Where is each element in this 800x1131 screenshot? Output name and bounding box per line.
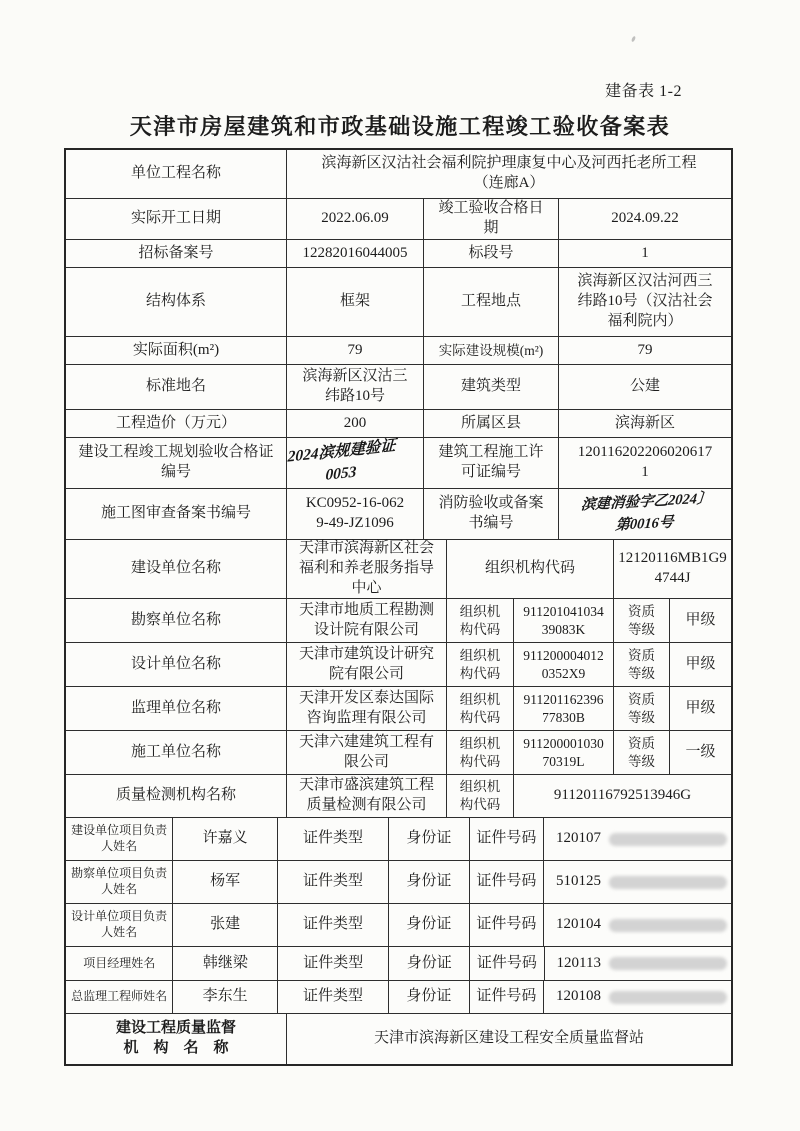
- row-survey-unit: 勘察单位名称 天津市地质工程勘测 设计院有限公司 组织机 构代码 9112010…: [66, 598, 731, 642]
- survey-org-code-value: 911201041034 39083K: [513, 599, 613, 642]
- project-location-value: 滨海新区汉沽河西三 纬路10号（汉沽社会 福利院内）: [558, 268, 731, 336]
- page-title: 天津市房屋建筑和市政基础设施工程竣工验收备案表: [0, 110, 800, 141]
- project-cost-label: 工程造价（万元）: [66, 410, 286, 437]
- owner-cert-type-value: 身份证: [388, 818, 469, 860]
- survey-unit-value: 天津市地质工程勘测 设计院有限公司: [286, 599, 446, 642]
- row-project-manager: 项目经理姓名 韩继梁 证件类型 身份证 证件号码 120113: [66, 946, 731, 980]
- unit-project-name-label: 单位工程名称: [66, 150, 286, 198]
- testing-org-code-value: 91120116792513946G: [513, 775, 731, 817]
- survey-unit-label: 勘察单位名称: [66, 599, 286, 642]
- owner-unit-label: 建设单位名称: [66, 540, 286, 598]
- start-date-label: 实际开工日期: [66, 199, 286, 239]
- build-scale-label: 实际建设规模(m²): [423, 337, 558, 364]
- row-quality-supervision-agency: 建设工程质量监督 机 构 名 称 天津市滨海新区建设工程安全质量监督站: [66, 1013, 731, 1064]
- drawing-review-value: KC0952-16-062 9-49-JZ1096: [286, 489, 423, 539]
- planning-cert-handwriting: 2024滨规建验证 0053: [286, 435, 396, 492]
- owner-manager-label: 建设单位项目负责 人姓名: [66, 818, 172, 860]
- row-cost: 工程造价（万元） 200 所属区县 滨海新区: [66, 409, 731, 437]
- actual-area-label: 实际面积(m²): [66, 337, 286, 364]
- design-manager-name: 张建: [172, 904, 277, 946]
- row-testing-agency: 质量检测机构名称 天津市盛滨建筑工程 质量检测有限公司 组织机 构代码 9112…: [66, 774, 731, 817]
- fire-acceptance-label: 消防验收或备案 书编号: [423, 489, 558, 539]
- owner-cert-no-value: 120107: [556, 829, 601, 849]
- bid-section-label: 标段号: [423, 240, 558, 267]
- scan-speck: [631, 36, 636, 43]
- survey-cert-type-label: 证件类型: [277, 861, 388, 903]
- supervision-org-code-value: 911201162396 77830B: [513, 687, 613, 730]
- row-survey-manager: 勘察单位项目负责 人姓名 杨军 证件类型 身份证 证件号码 510125: [66, 860, 731, 903]
- row-design-manager: 设计单位项目负责 人姓名 张建 证件类型 身份证 证件号码 120104: [66, 903, 731, 946]
- survey-cert-no-label: 证件号码: [469, 861, 543, 903]
- contractor-org-code-value: 911200001030 70319L: [513, 731, 613, 774]
- supervision-grade-value: 甲级: [669, 687, 731, 730]
- survey-cert-type-value: 身份证: [388, 861, 469, 903]
- cs-cert-no-label: 证件号码: [469, 981, 543, 1013]
- planning-cert-label: 建设工程竣工规划验收合格证 编号: [66, 438, 286, 488]
- design-org-code-label: 组织机 构代码: [446, 643, 513, 686]
- document-page: 建备表 1-2 天津市房屋建筑和市政基础设施工程竣工验收备案表 单位工程名称 滨…: [0, 0, 800, 1131]
- owner-unit-value: 天津市滨海新区社会 福利和养老服务指导 中心: [286, 540, 446, 598]
- pm-cert-no-value: 120113: [557, 954, 601, 974]
- standard-place-label: 标准地名: [66, 365, 286, 409]
- construction-permit-label: 建筑工程施工许 可证编号: [423, 438, 558, 488]
- bid-record-value: 12282016044005: [286, 240, 423, 267]
- cs-cert-no-value: 120108: [556, 987, 601, 1007]
- supervision-unit-label: 监理单位名称: [66, 687, 286, 730]
- contractor-unit-label: 施工单位名称: [66, 731, 286, 774]
- survey-org-code-label: 组织机 构代码: [446, 599, 513, 642]
- design-cert-type-value: 身份证: [388, 904, 469, 946]
- building-type-value: 公建: [558, 365, 731, 409]
- structure-system-label: 结构体系: [66, 268, 286, 336]
- chief-supervisor-name: 李东生: [172, 981, 277, 1013]
- redaction-blur: [609, 919, 727, 932]
- filing-table: 单位工程名称 滨海新区汉沽社会福利院护理康复中心及河西托老所工程 （连廊A） 实…: [64, 148, 733, 1066]
- district-value: 滨海新区: [558, 410, 731, 437]
- survey-manager-label: 勘察单位项目负责 人姓名: [66, 861, 172, 903]
- design-org-code-value: 911200004012 0352X9: [513, 643, 613, 686]
- quality-agency-value: 天津市滨海新区建设工程安全质量监督站: [286, 1014, 731, 1064]
- design-cert-type-label: 证件类型: [277, 904, 388, 946]
- chief-supervisor-label: 总监理工程师姓名: [66, 981, 172, 1013]
- row-structure-location: 结构体系 框架 工程地点 滨海新区汉沽河西三 纬路10号（汉沽社会 福利院内）: [66, 267, 731, 336]
- supervision-org-code-label: 组织机 构代码: [446, 687, 513, 730]
- acceptance-date-label: 竣工验收合格日 期: [423, 199, 558, 239]
- row-standard-place: 标准地名 滨海新区汉沽三 纬路10号 建筑类型 公建: [66, 364, 731, 409]
- testing-agency-value: 天津市盛滨建筑工程 质量检测有限公司: [286, 775, 446, 817]
- project-location-label: 工程地点: [423, 268, 558, 336]
- pm-cert-type-value: 身份证: [388, 947, 469, 980]
- supervision-unit-value: 天津开发区泰达国际 咨询监理有限公司: [286, 687, 446, 730]
- acceptance-date-value: 2024.09.22: [558, 199, 731, 239]
- redaction-blur: [609, 833, 727, 846]
- row-contractor-unit: 施工单位名称 天津六建建筑工程有 限公司 组织机 构代码 91120000103…: [66, 730, 731, 774]
- cs-cert-type-value: 身份证: [388, 981, 469, 1013]
- form-code: 建备表 1-2: [605, 78, 682, 101]
- standard-place-value: 滨海新区汉沽三 纬路10号: [286, 365, 423, 409]
- design-grade-label: 资质 等级: [613, 643, 669, 686]
- project-cost-value: 200: [286, 410, 423, 437]
- owner-cert-type-label: 证件类型: [277, 818, 388, 860]
- cs-cert-type-label: 证件类型: [277, 981, 388, 1013]
- building-type-label: 建筑类型: [423, 365, 558, 409]
- fire-acceptance-handwriting: 滨建消验字乙2024〕 第0016号: [578, 489, 712, 540]
- pm-cert-type-label: 证件类型: [277, 947, 388, 980]
- survey-grade-label: 资质 等级: [613, 599, 669, 642]
- supervision-grade-label: 资质 等级: [613, 687, 669, 730]
- owner-org-code-label: 组织机构代码: [446, 540, 613, 598]
- design-grade-value: 甲级: [669, 643, 731, 686]
- actual-area-value: 79: [286, 337, 423, 364]
- row-area: 实际面积(m²) 79 实际建设规模(m²) 79: [66, 336, 731, 364]
- quality-agency-label: 建设工程质量监督 机 构 名 称: [66, 1014, 286, 1064]
- redaction-blur: [609, 876, 727, 889]
- row-owner-unit: 建设单位名称 天津市滨海新区社会 福利和养老服务指导 中心 组织机构代码 121…: [66, 539, 731, 598]
- owner-manager-name: 许嘉义: [172, 818, 277, 860]
- owner-org-code-value: 12120116MB1G9 4744J: [613, 540, 731, 598]
- testing-org-code-label: 组织机 构代码: [446, 775, 513, 817]
- start-date-value: 2022.06.09: [286, 199, 423, 239]
- design-unit-value: 天津市建筑设计研究 院有限公司: [286, 643, 446, 686]
- row-owner-manager: 建设单位项目负责 人姓名 许嘉义 证件类型 身份证 证件号码 120107: [66, 817, 731, 860]
- survey-manager-name: 杨军: [172, 861, 277, 903]
- design-cert-no-value: 120104: [556, 915, 601, 935]
- survey-grade-value: 甲级: [669, 599, 731, 642]
- design-manager-label: 设计单位项目负责 人姓名: [66, 904, 172, 946]
- redaction-blur: [609, 957, 727, 970]
- row-drawing-review: 施工图审查备案书编号 KC0952-16-062 9-49-JZ1096 消防验…: [66, 488, 731, 539]
- row-bid-record: 招标备案号 12282016044005 标段号 1: [66, 239, 731, 267]
- unit-project-name-value: 滨海新区汉沽社会福利院护理康复中心及河西托老所工程 （连廊A）: [286, 150, 731, 198]
- design-unit-label: 设计单位名称: [66, 643, 286, 686]
- structure-system-value: 框架: [286, 268, 423, 336]
- project-manager-label: 项目经理姓名: [66, 947, 172, 980]
- drawing-review-label: 施工图审查备案书编号: [66, 489, 286, 539]
- contractor-org-code-label: 组织机 构代码: [446, 731, 513, 774]
- redaction-blur: [609, 991, 727, 1004]
- contractor-grade-value: 一级: [669, 731, 731, 774]
- district-label: 所属区县: [423, 410, 558, 437]
- contractor-grade-label: 资质 等级: [613, 731, 669, 774]
- construction-permit-value: 120116202206020617 1: [558, 438, 731, 488]
- row-chief-supervisor: 总监理工程师姓名 李东生 证件类型 身份证 证件号码 120108: [66, 980, 731, 1013]
- contractor-unit-value: 天津六建建筑工程有 限公司: [286, 731, 446, 774]
- design-cert-no-label: 证件号码: [469, 904, 543, 946]
- row-planning-cert: 建设工程竣工规划验收合格证 编号 2024滨规建验证 0053 建筑工程施工许 …: [66, 437, 731, 488]
- row-design-unit: 设计单位名称 天津市建筑设计研究 院有限公司 组织机 构代码 911200004…: [66, 642, 731, 686]
- row-unit-project-name: 单位工程名称 滨海新区汉沽社会福利院护理康复中心及河西托老所工程 （连廊A）: [66, 150, 731, 198]
- survey-cert-no-value: 510125: [556, 872, 601, 892]
- row-dates: 实际开工日期 2022.06.09 竣工验收合格日 期 2024.09.22: [66, 198, 731, 239]
- bid-section-value: 1: [558, 240, 731, 267]
- owner-cert-no-label: 证件号码: [469, 818, 543, 860]
- pm-cert-no-label: 证件号码: [469, 947, 543, 980]
- bid-record-label: 招标备案号: [66, 240, 286, 267]
- build-scale-value: 79: [558, 337, 731, 364]
- row-supervision-unit: 监理单位名称 天津开发区泰达国际 咨询监理有限公司 组织机 构代码 911201…: [66, 686, 731, 730]
- project-manager-name: 韩继梁: [172, 947, 277, 980]
- testing-agency-label: 质量检测机构名称: [66, 775, 286, 817]
